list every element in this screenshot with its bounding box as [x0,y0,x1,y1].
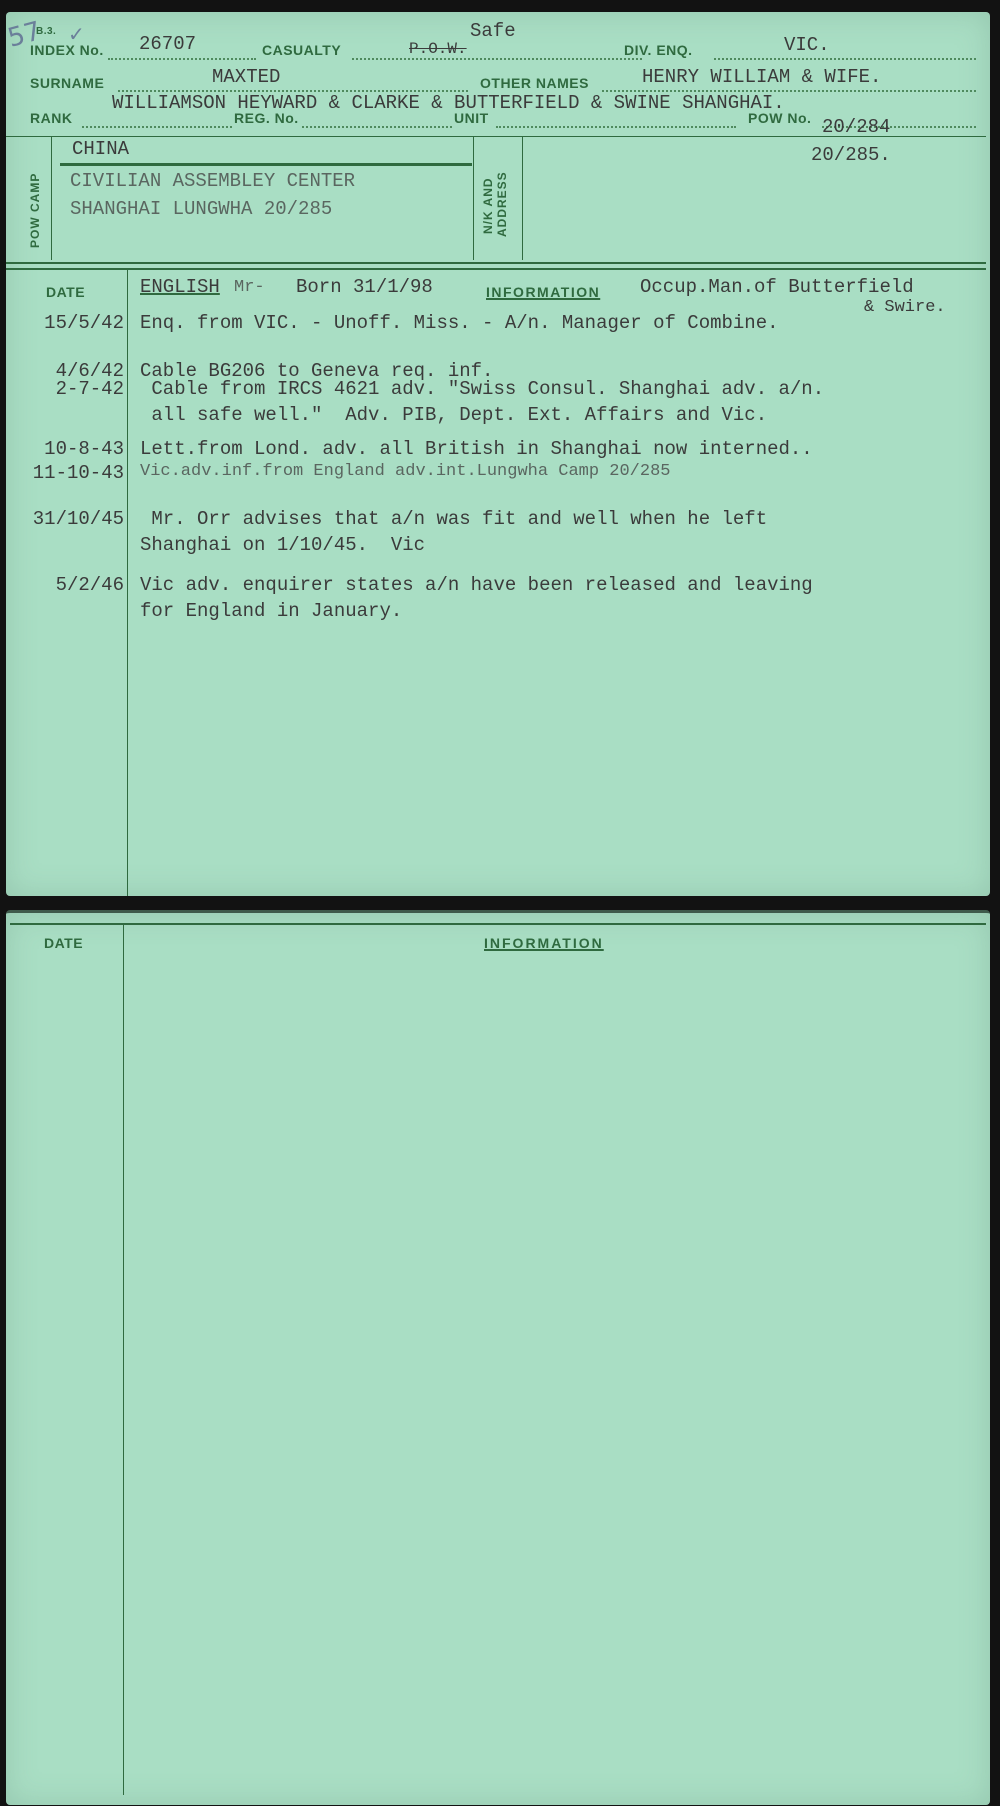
entry-text: Lett.from Lond. adv. all British in Shan… [140,438,813,460]
occupation: Occup.Man.of Butterfield [640,276,914,298]
pow-camp-label: POW CAMP [28,173,42,248]
pow-no-value-1: 20/284 [822,116,890,138]
entry-text: Shanghai on 1/10/45. Vic [140,534,425,556]
index-value: 26707 [139,33,196,55]
title-mr: Mr- [234,278,265,297]
unit-label: UNIT [454,110,489,126]
entry-text: Cable from IRCS 4621 adv. "Swiss Consul.… [140,378,824,400]
div-enq-value: VIC. [784,34,830,56]
index-label: INDEX No. [30,42,104,58]
surname-label: SURNAME [30,75,104,91]
entry-text: Vic.adv.inf.from England adv.int.Lungwha… [140,462,671,481]
other-names-value: HENRY WILLIAM & WIFE. [642,66,881,88]
nationality: ENGLISH [140,276,220,298]
reg-no-label: REG. No. [234,110,299,126]
entry-text: Enq. from VIC. - Unoff. Miss. - A/n. Man… [140,312,779,334]
entry-date: 11-10-43 [33,462,124,484]
casualty-value-struck: P.O.W. [409,40,467,58]
entry-text: all safe well." Adv. PIB, Dept. Ext. Aff… [140,404,767,426]
entry-text: Mr. Orr advises that a/n was fit and wel… [140,508,767,530]
entry-date: 5/2/46 [56,574,124,596]
date-header: DATE [46,284,85,300]
occupation-continued: & Swire. [864,298,946,317]
nk-address-label-1: N/K AND [481,177,495,234]
casualty-label: CASUALTY [262,42,341,58]
other-names-label: OTHER NAMES [480,75,589,91]
pow-camp-line-1: CIVILIAN ASSEMBLEY CENTER [70,170,355,192]
pow-no-value-2: 20/285. [811,144,891,166]
record-card-front: 57 ✓ B.3. INDEX No. 26707 CASUALTY P.O.W… [6,12,990,896]
entry-date: 10-8-43 [44,438,124,460]
entry-date: 15/5/42 [44,312,124,334]
date-header-back: DATE [44,935,83,951]
nk-address-label-2: ADDRESS [495,171,509,237]
entry-date: 31/10/45 [33,508,124,530]
div-enq-label: DIV. ENQ. [624,42,693,58]
corner-mark: B.3. [36,26,56,37]
employer-line: WILLIAMSON HEYWARD & CLARKE & BUTTERFIEL… [112,92,785,114]
pow-camp-country: CHINA [72,138,129,160]
born-date: Born 31/1/98 [296,276,433,298]
entry-text: Vic adv. enquirer states a/n have been r… [140,574,813,596]
information-header-back: INFORMATION [484,935,604,951]
entry-date: 2-7-42 [56,378,124,400]
pow-no-label: POW No. [748,110,811,126]
record-card-back: DATE INFORMATION [6,910,990,1805]
information-header: INFORMATION [486,284,600,300]
pow-camp-line-2: SHANGHAI LUNGWHA 20/285 [70,198,332,220]
rank-label: RANK [30,110,72,126]
entry-text: for England in January. [140,600,402,622]
casualty-value: Safe [470,20,516,42]
surname-value: MAXTED [212,66,280,88]
